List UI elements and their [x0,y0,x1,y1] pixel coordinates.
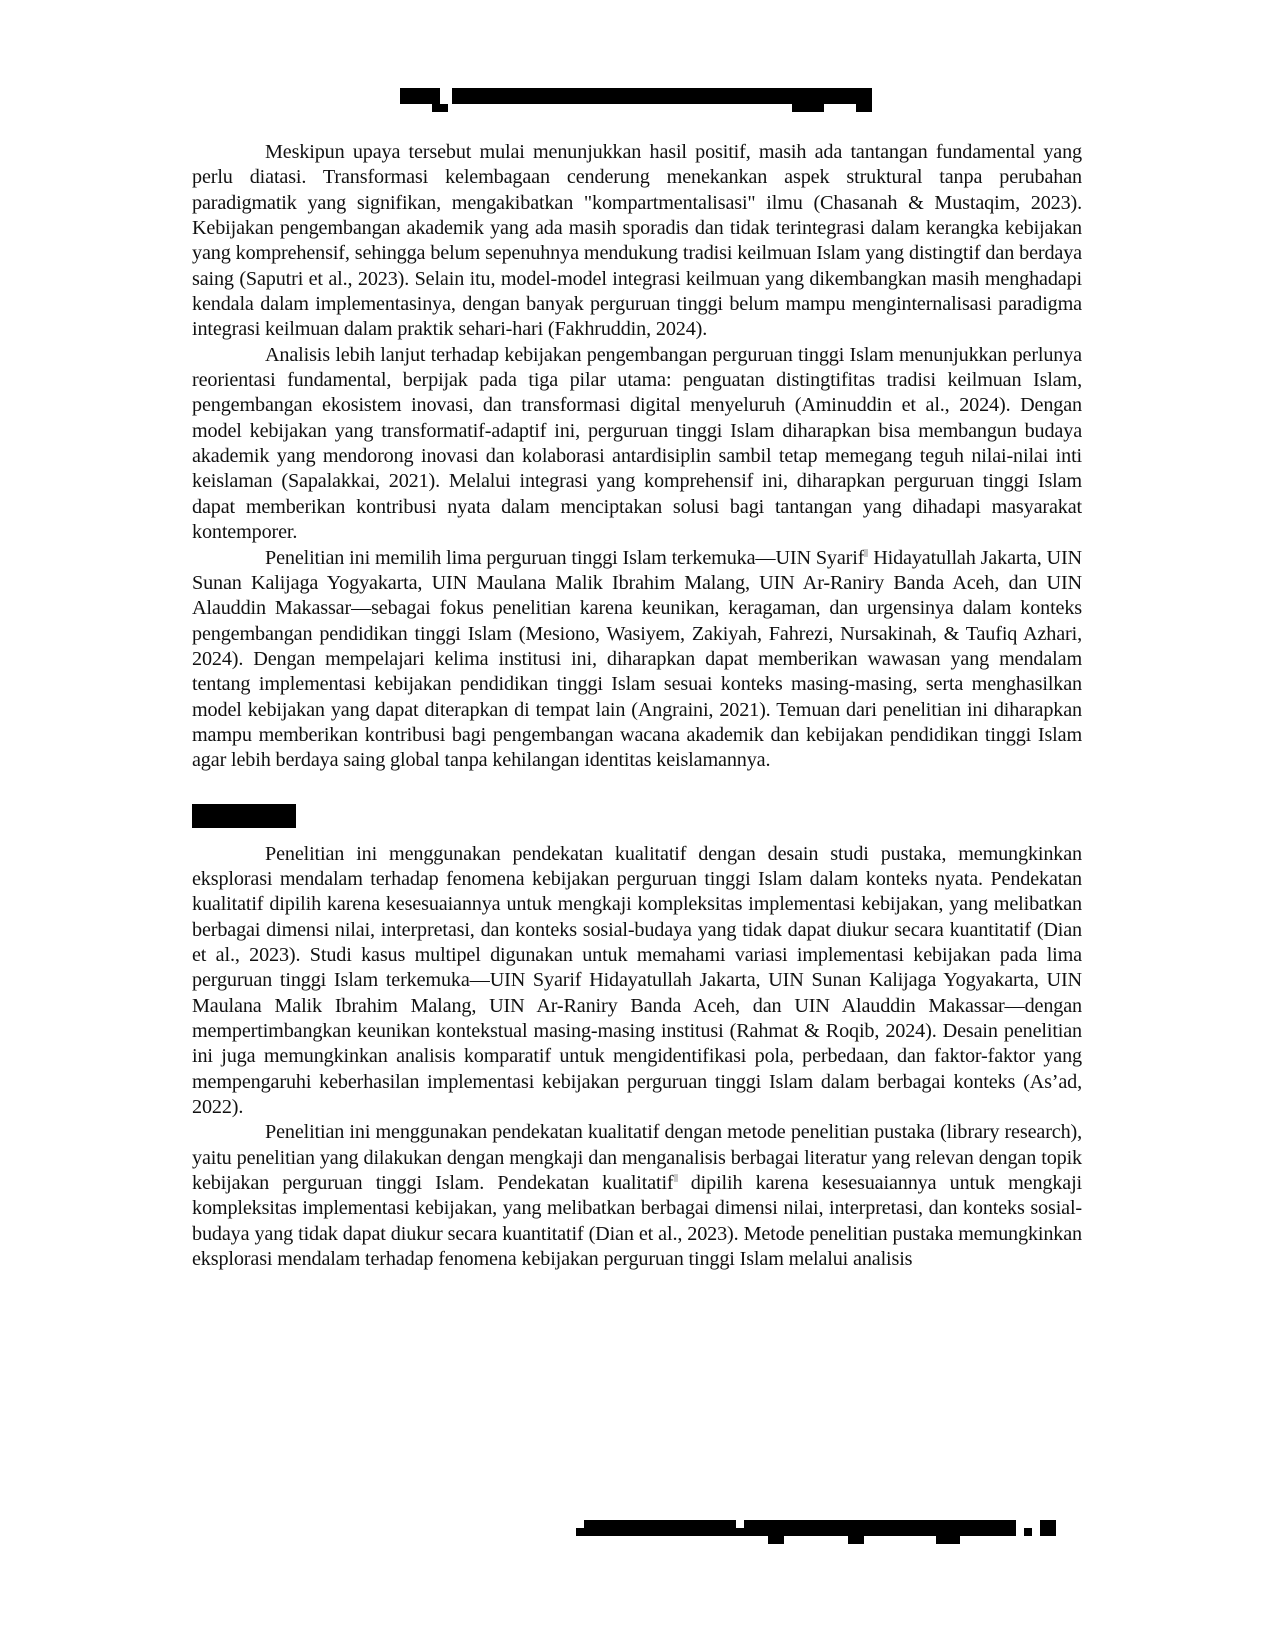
page-body: Meskipun upaya tersebut mulai menunjukka… [192,140,1082,1272]
body-text: Penelitian ini memilih lima perguruan ti… [265,547,864,569]
section-heading-redacted [192,804,296,828]
body-paragraph: Penelitian ini menggunakan pendekatan ku… [192,1120,1082,1272]
body-text: Hidayatullah Jakarta, UIN Sunan Kalijaga… [192,547,1082,772]
body-paragraph: Penelitian ini menggunakan pendekatan ku… [192,842,1082,1121]
body-paragraph: Meskipun upaya tersebut mulai menunjukka… [192,140,1082,343]
body-paragraph: Analisis lebih lanjut terhadap kebijakan… [192,343,1082,546]
body-paragraph: Penelitian ini memilih lima perguruan ti… [192,546,1082,774]
